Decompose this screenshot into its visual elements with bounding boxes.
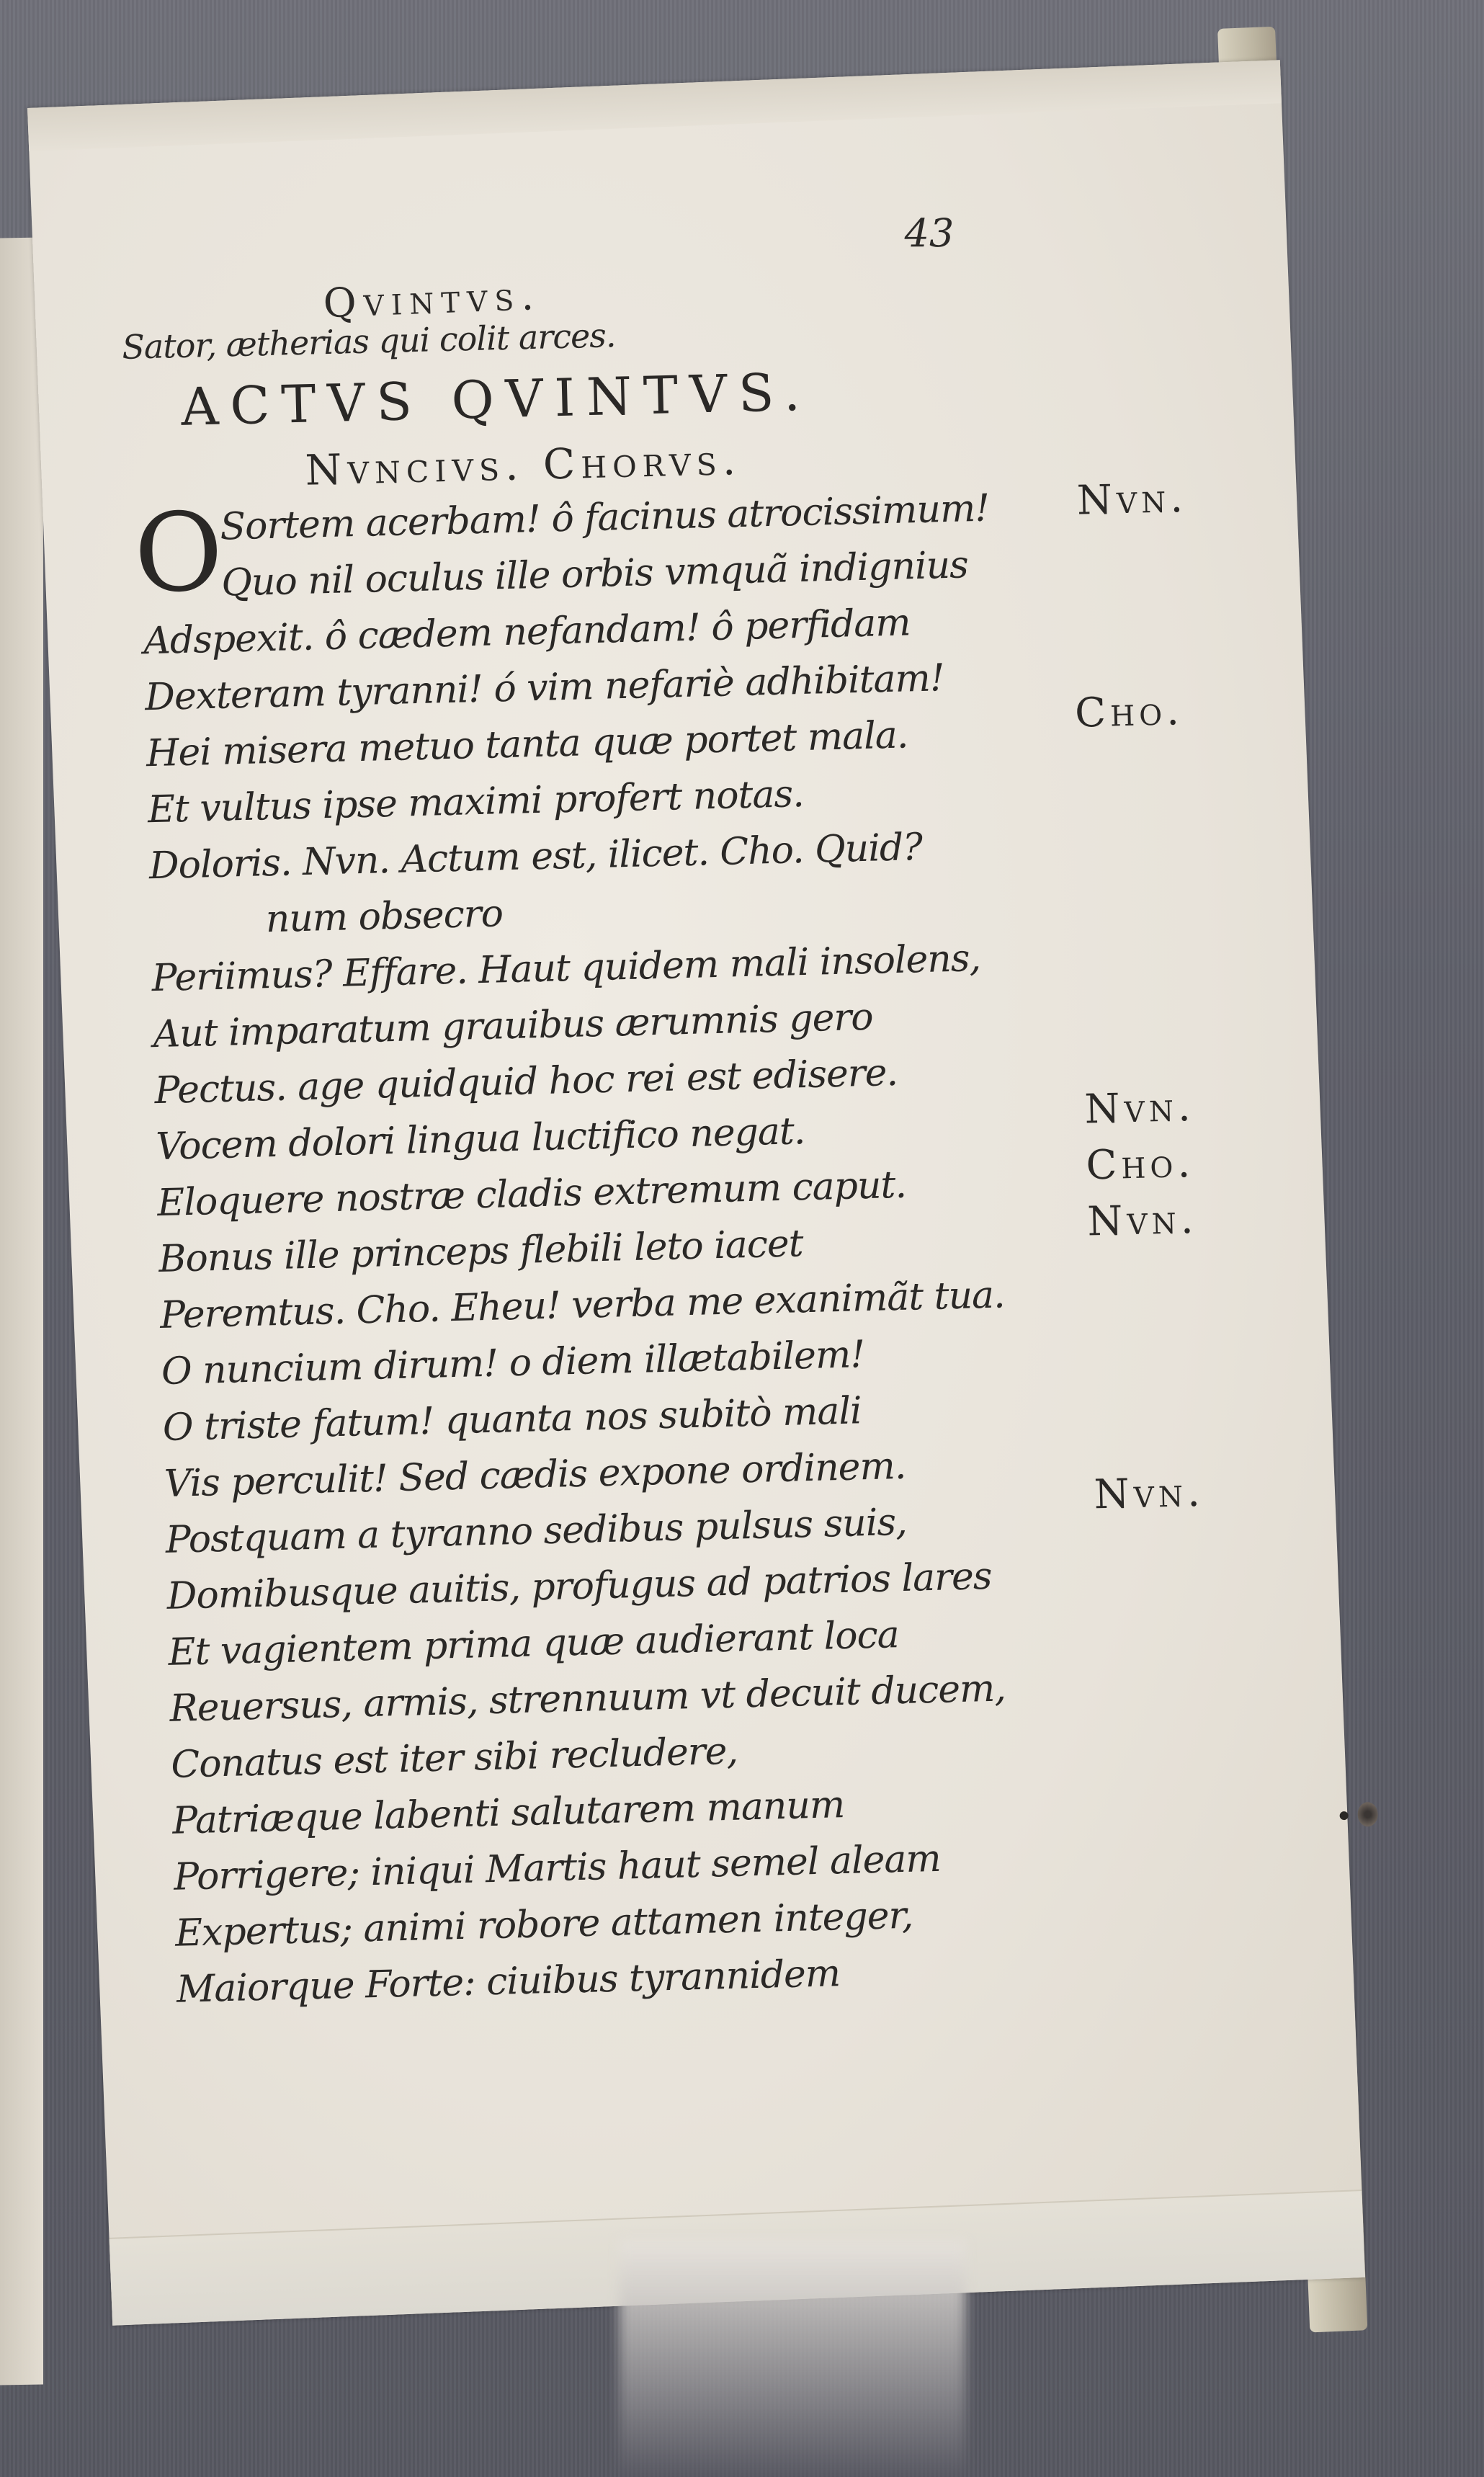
verse-line: Eloquere nostræ cladis extremum caput.	[157, 1164, 907, 1225]
verse-line: Pectus. age quidquid hoc rei est edisere…	[154, 1051, 898, 1112]
act-title: ACTVS QVINTVS.	[180, 362, 812, 437]
verse-line: Conatus est iter sibi recludere,	[171, 1730, 738, 1787]
verse-line: O triste fatum! quanta nos subitò mali	[162, 1389, 862, 1450]
verse-line: Vocem dolori lingua luctifico negat.	[156, 1110, 805, 1169]
verse-line: num obsecro	[265, 892, 504, 941]
drop-cap: O	[133, 499, 225, 609]
page-number: 43	[904, 210, 954, 256]
verse-line: Adspexit. ô cædem nefandam! ô perfidam	[143, 601, 911, 663]
verse-line: Dexteram tyranni! ó vim nefariè adhibita…	[145, 656, 945, 719]
ink-dot	[1340, 1811, 1349, 1820]
verse-line: Domibusque auitis, profugus ad patrios l…	[166, 1555, 992, 1618]
verse-line: Et vagientem prima quæ audierant loca	[168, 1613, 899, 1674]
verse-line: Maiorque Forte: ciuibus tyrannidem	[176, 1952, 840, 2011]
verse-line: Doloris. Nvn. Actum est, ilicet. Cho. Qu…	[148, 826, 922, 888]
verse-line: Peremtus. Cho. Eheu! verba me exanimãt t…	[159, 1273, 1005, 1337]
verse-line: Periimus? Effare. Haut quidem mali insol…	[151, 937, 981, 1000]
speaker-label: Nvn.	[1094, 1469, 1205, 1519]
speaker-label: Cho.	[1086, 1140, 1195, 1190]
verse-line: Expertus; animi robore attamen integer,	[174, 1894, 913, 1955]
verse-line: Aut imparatum grauibus ærumnis gero	[153, 996, 873, 1056]
text-block: Sator, ætherias qui colit arces. ACTVS Q…	[135, 244, 1215, 270]
speaker-label: Nvn.	[1084, 1084, 1196, 1133]
speaker-label: Nvn.	[1076, 475, 1188, 525]
verse-line: Bonus ille princeps flebili leto iacet	[158, 1222, 804, 1281]
speaker-label: Cho.	[1074, 687, 1184, 737]
verse-line: Porrigere; iniqui Martis haut semel alea…	[174, 1837, 942, 1899]
verse-line: Patriæque labenti salutarem manum	[172, 1783, 845, 1843]
verse-line: Quo nil oculus ille orbis vmquã indigniu…	[221, 543, 969, 604]
verse-line: Reuersus, armis, strennuum vt decuit duc…	[169, 1667, 1006, 1731]
verse-line: Et vultus ipse maximi profert notas.	[147, 772, 804, 831]
speaker-label: Nvn.	[1087, 1196, 1199, 1246]
verse-line: Sortem acerbam! ô facinus atrocissimum!	[220, 487, 990, 549]
verse-line: Postquam a tyranno sedibus pulsus suis,	[165, 1501, 907, 1562]
verse-line-closing: Sator, ætherias qui colit arces.	[122, 316, 616, 367]
book-page: 43 Qvintvs. Sator, ætherias qui colit ar…	[27, 60, 1365, 2326]
verse-line: O nuncium dirum! o diem illætabilem!	[161, 1333, 864, 1393]
blurred-thumb	[620, 2241, 965, 2477]
dramatis-personae: Nvncivs. Chorvs.	[305, 435, 742, 495]
verse-line: Vis perculit! Sed cædis expone ordinem.	[164, 1445, 906, 1506]
left-page-edge	[0, 237, 43, 2385]
verse-line: Hei misera metuo tanta quæ portet mala.	[146, 713, 908, 775]
